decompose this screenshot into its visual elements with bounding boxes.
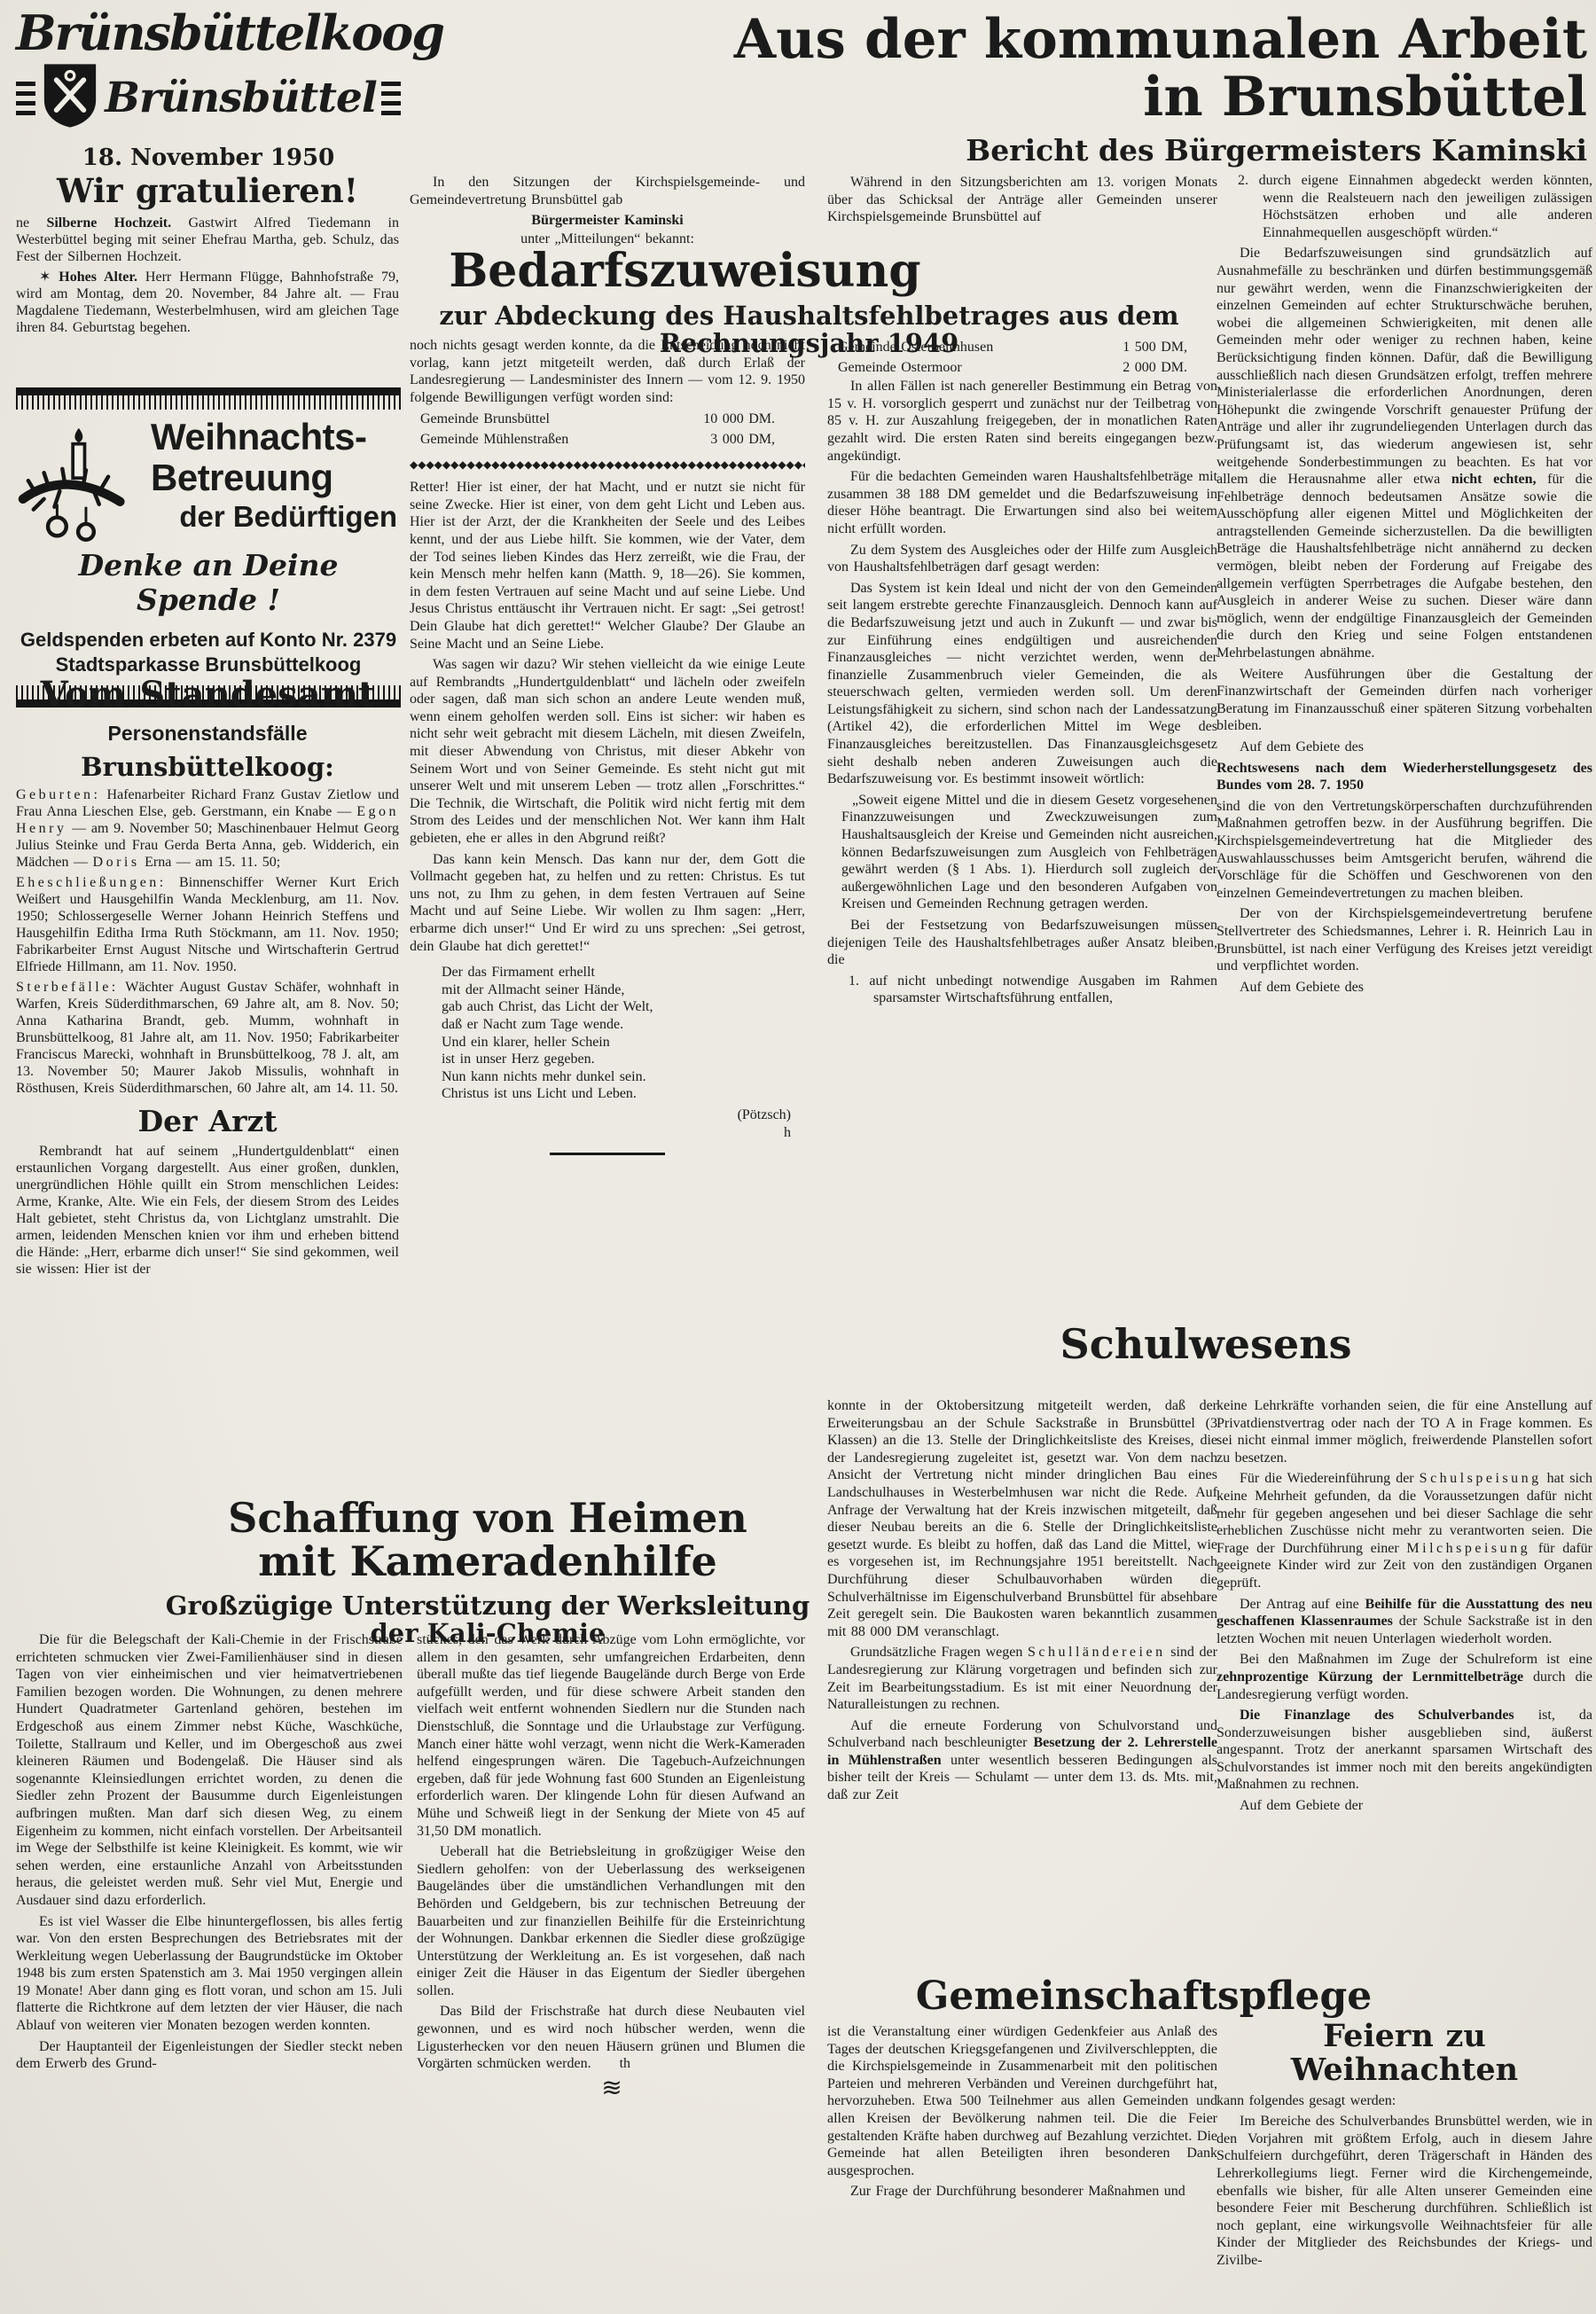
- poem-line: Nun kann nichts mehr dunkel sein.: [442, 1068, 805, 1086]
- paragraph: Das Bild der Frischstraße hat durch dies…: [417, 2003, 805, 2072]
- headline-line1: Aus der kommunalen Arbeit: [612, 11, 1587, 68]
- poem-line: Christus ist uns Licht und Leben.: [442, 1085, 805, 1103]
- paragraph: Bei den Maßnahmen im Zuge der Schulrefor…: [1217, 1651, 1592, 1703]
- vom-standesamt-heading: Vom Standesamt: [16, 676, 399, 714]
- allocation-row: Gemeinde Brunsbüttel10 000 DM.: [410, 410, 805, 429]
- ad-konto-line: Geldspenden erbeten auf Konto Nr. 2379: [16, 628, 401, 653]
- paragraph: In den Sitzungen der Kirchspielsgemeinde…: [410, 174, 805, 208]
- masthead-title-line1: Brünsbüttelkoog: [16, 9, 401, 57]
- weihnachts-betreuung-box: Weihnachts- Betreuung der Bedürftigen De…: [16, 387, 401, 707]
- column-4-weihnachten: Feiern zu Weihnachtenkann folgendes gesa…: [1217, 2011, 1592, 2273]
- paragraph: Es ist viel Wasser die Elbe hinuntergefl…: [16, 1913, 403, 2035]
- end-mark: ≋: [417, 2080, 805, 2098]
- column-2-body: noch nichts gesagt werden konnte, da die…: [410, 337, 805, 1155]
- ad-title-line1: Weihnachts-: [151, 417, 401, 457]
- paragraph: „Soweit eigene Mittel und die in diesem …: [827, 792, 1217, 913]
- signature: (Pötzsch): [410, 1106, 805, 1124]
- allocation-amount: 1 500 DM,: [1123, 339, 1187, 356]
- poem-line: mit der Allmacht seiner Hände,: [442, 981, 805, 999]
- column-3-gemeinschaft: ist die Veranstaltung einer würdigen Ged…: [827, 2023, 1217, 2204]
- schaffung-heading-block: Schaffung von Heimen mit Kameradenhilfe …: [151, 1497, 825, 1648]
- paragraph: Während in den Sitzungsberichten am 13. …: [827, 174, 1217, 226]
- allocation-amount: 2 000 DM.: [1123, 359, 1187, 377]
- paragraph: Rechtswesens nach dem Wiederherstellungs…: [1217, 760, 1592, 794]
- paragraph: Die für die Belegschaft der Kali-Chemie …: [16, 1631, 403, 1910]
- paragraph: Zur Frage der Durchführung besonderer Ma…: [827, 2183, 1217, 2201]
- paragraph: ✶ Hohes Alter. Herr Hermann Flügge, Bahn…: [16, 269, 399, 336]
- flourish-left-icon: [16, 82, 35, 115]
- poem-line: gab auch Christ, das Licht der Welt,: [442, 998, 805, 1016]
- allocation-amount: 3 000 DM,: [710, 431, 775, 449]
- paragraph: noch nichts gesagt werden konnte, da die…: [410, 337, 805, 406]
- gratulieren-section: Wir gratulieren!ne Silberne Hochzeit. Ga…: [16, 165, 399, 340]
- flourish-right-icon: [381, 82, 401, 115]
- allocation-gemeinde: Gemeinde Ostermoor: [838, 359, 962, 377]
- paragraph: Sterbefälle: Wächter August Gustav Schäf…: [16, 979, 399, 1097]
- column-4-body: 2. durch eigene Einnahmen abgedeckt werd…: [1217, 172, 1592, 999]
- allocation-row: Gemeinde Osterbelmhusen1 500 DM,: [827, 338, 1217, 357]
- paragraph: stückes, den das Werk durch Abzüge vom L…: [417, 1631, 805, 1840]
- paragraph: Auf die erneute Forderung von Schulvorst…: [827, 1717, 1217, 1804]
- schulwesens-heading: Schulwesens: [1029, 1323, 1383, 1367]
- masthead-row: Brünsbüttel: [16, 60, 401, 136]
- column-3-intro: Während in den Sitzungsberichten am 13. …: [827, 174, 1217, 230]
- poem-line: Der das Firmament erhellt: [442, 964, 805, 981]
- paragraph: Der Antrag auf eine Beihilfe für die Aus…: [1217, 1596, 1592, 1648]
- headline-subtitle: Bericht des Bürgermeisters Kaminski: [612, 133, 1587, 168]
- allocation-row: Gemeinde Ostermoor2 000 DM.: [827, 358, 1217, 378]
- ad-content: Weihnachts- Betreuung der Bedürftigen De…: [16, 410, 401, 685]
- allocation-row: Gemeinde Mühlenstraßen3 000 DM,: [410, 430, 805, 450]
- paragraph: 2. durch eigene Einnahmen abgedeckt werd…: [1217, 172, 1592, 241]
- schaffung-heading-line2: mit Kameradenhilfe: [151, 1540, 825, 1583]
- paragraph: Ueberall hat die Betriebsleitung in groß…: [417, 1843, 805, 1999]
- paragraph: In allen Fällen ist nach genereller Best…: [827, 378, 1217, 465]
- paragraph: 1. auf nicht unbedingt notwendige Ausgab…: [827, 973, 1217, 1007]
- newspaper-page: Brünsbüttelkoog Brünsbüttel 18. November…: [0, 0, 1596, 2314]
- poem-line: ist in unser Herz gegeben.: [442, 1051, 805, 1068]
- paragraph: kann folgendes gesagt werden:: [1217, 2092, 1592, 2110]
- ad-title-line3: der Bedürftigen: [151, 500, 401, 534]
- bedarfszuweisung-heading: Bedarfszuweisung: [403, 246, 1215, 295]
- paragraph: Im Bereiche des Schulverbandes Brunsbütt…: [1217, 2113, 1592, 2269]
- paragraph: Auf dem Gebiete des: [1217, 979, 1592, 997]
- paragraph: Was sagen wir dazu? Wir stehen vielleich…: [410, 656, 805, 848]
- paragraph: Zu dem System des Ausgleiches oder der H…: [827, 542, 1217, 576]
- paragraph: Grundsätzliche Fragen wegen Schulländere…: [827, 1644, 1217, 1713]
- main-headline: Aus der kommunalen Arbeit in Brunsbüttel…: [612, 11, 1587, 168]
- personenstandsfaelle-heading: Personenstandsfälle: [16, 723, 399, 745]
- masthead-title-line2: Brünsbüttel: [105, 74, 377, 122]
- paragraph: ne Silberne Hochzeit. Gastwirt Alfred Ti…: [16, 215, 399, 265]
- schaffung-right-column: stückes, den das Werk durch Abzüge vom L…: [417, 1631, 805, 2097]
- candle-branch-icon: [18, 422, 149, 559]
- paragraph: Das System ist kein Ideal und nicht der …: [827, 580, 1217, 788]
- feiern-zu-weihnachten-heading: Feiern zu Weihnachten: [1217, 2020, 1592, 2087]
- divider-bar: [16, 387, 401, 395]
- paragraph: keine Lehrkräfte vorhanden seien, die fü…: [1217, 1397, 1592, 1466]
- standesamt-section: Vom StandesamtPersonenstandsfälleBrunsbü…: [16, 667, 399, 1281]
- paragraph: Retter! Hier ist einer, der hat Macht, u…: [410, 479, 805, 653]
- der-arzt-heading: Der Arzt: [16, 1106, 399, 1137]
- column-3-schulwesen: konnte in der Oktobersitzung mitgeteilt …: [827, 1397, 1217, 1808]
- paragraph: Für die bedachten Gemeinden waren Hausha…: [827, 468, 1217, 537]
- divider-teeth: [16, 395, 401, 410]
- paragraph: ist die Veranstaltung einer würdigen Ged…: [827, 2023, 1217, 2179]
- diamond-divider: ◆◆◆◆◆◆◆◆◆◆◆◆◆◆◆◆◆◆◆◆◆◆◆◆◆◆◆◆◆◆◆◆◆◆◆◆◆◆◆◆…: [410, 457, 805, 474]
- brunsbuettelkoog-heading: Brunsbüttelkoog:: [16, 754, 399, 781]
- paragraph: Bei der Festsetzung von Bedarfszuweisung…: [827, 917, 1217, 969]
- paragraph: Auf dem Gebiete des: [1217, 739, 1592, 756]
- paragraph: Rembrandt hat auf seinem „Hundertguldenb…: [16, 1143, 399, 1278]
- schaffung-heading-line1: Schaffung von Heimen: [151, 1497, 825, 1540]
- paragraph: Auf dem Gebiete der: [1217, 1797, 1592, 1815]
- allocation-amount: 10 000 DM.: [703, 410, 775, 428]
- paragraph: Für die Wiedereinführung der Schulspeisu…: [1217, 1470, 1592, 1591]
- headline-line2: in Brunsbüttel: [612, 68, 1587, 126]
- divider-rule: [550, 1153, 665, 1155]
- allocation-gemeinde: Gemeinde Osterbelmhusen: [838, 339, 993, 356]
- crest-shield-icon: [40, 60, 100, 136]
- masthead: Brünsbüttelkoog Brünsbüttel 18. November…: [16, 9, 401, 171]
- buergermeister-line: Bürgermeister Kaminski: [410, 212, 805, 230]
- allocation-gemeinde: Gemeinde Mühlenstraßen: [420, 431, 568, 449]
- poem-line: daß er Nacht zum Tage wende.: [442, 1016, 805, 1034]
- paragraph: Die Bedarfszuweisungen sind grundsätzlic…: [1217, 245, 1592, 661]
- paragraph: Der von der Kirchspielsgemeindevertretun…: [1217, 905, 1592, 974]
- column-2-intro: In den Sitzungen der Kirchspielsgemeinde…: [410, 174, 805, 248]
- paragraph: Der Hauptanteil der Eigenleistungen der …: [16, 2038, 403, 2073]
- paragraph: Geburten: Hafenarbeiter Richard Franz Gu…: [16, 786, 399, 871]
- wir-gratulieren-heading: Wir gratulieren!: [16, 174, 399, 209]
- paragraph: konnte in der Oktobersitzung mitgeteilt …: [827, 1397, 1217, 1640]
- schaffung-left-column: Die für die Belegschaft der Kali-Chemie …: [16, 1631, 403, 2076]
- poem: Der das Firmament erhelltmit der Allmach…: [442, 964, 805, 1103]
- poem-line: Und ein klarer, heller Schein: [442, 1034, 805, 1051]
- paragraph: Weitere Ausführungen über die Gestaltung…: [1217, 666, 1592, 735]
- paragraph: Das kann kein Mensch. Das kann nur der, …: [410, 851, 805, 956]
- paragraph: sind die von den Vertretungskörperschaft…: [1217, 798, 1592, 903]
- paragraph: Eheschließungen: Binnenschiffer Werner K…: [16, 874, 399, 975]
- allocation-gemeinde: Gemeinde Brunsbüttel: [420, 410, 550, 428]
- paragraph: Die Finanzlage des Schulverbandes ist, d…: [1217, 1707, 1592, 1794]
- column-3-body: Gemeinde Osterbelmhusen1 500 DM,Gemeinde…: [827, 337, 1217, 1011]
- column-4-schulwesen: keine Lehrkräfte vorhanden seien, die fü…: [1217, 1397, 1592, 1818]
- ad-title-line2: Betreuung: [151, 457, 401, 498]
- signature: h: [410, 1124, 805, 1142]
